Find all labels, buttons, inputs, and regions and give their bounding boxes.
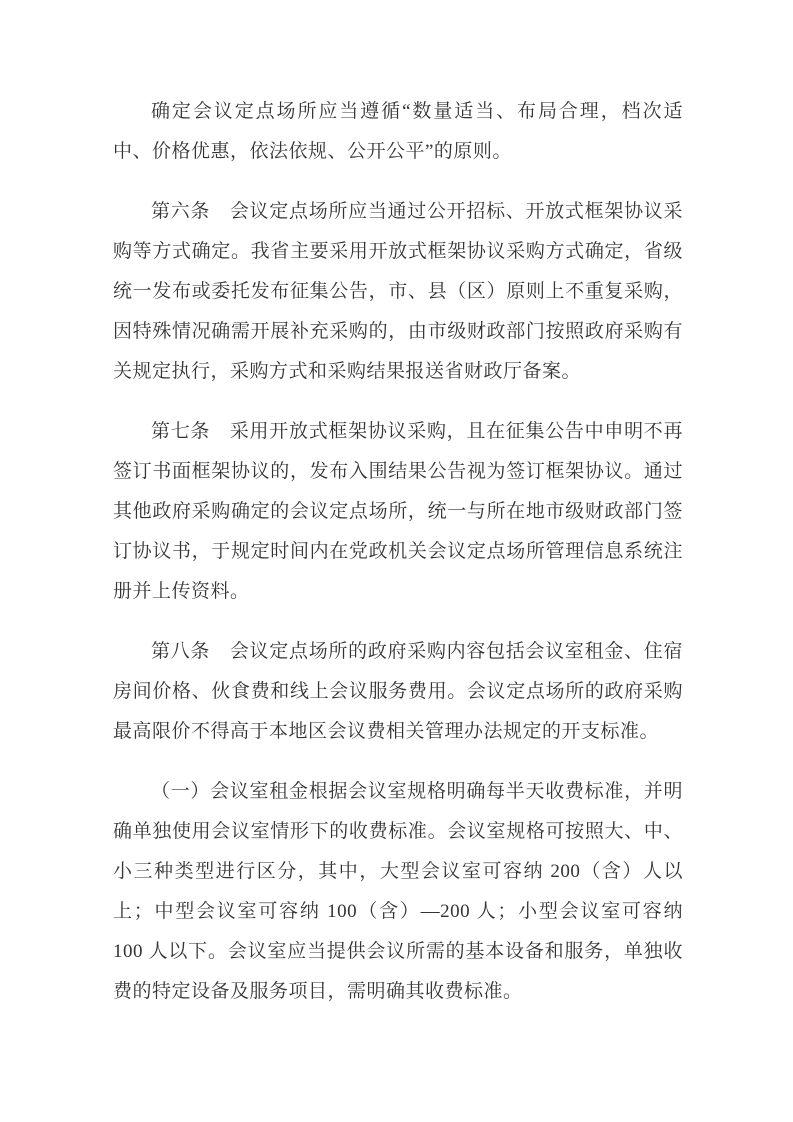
paragraph-article-8: 第八条 会议定点场所的政府采购内容包括会议室租金、住宿房间价格、伙食费和线上会议… (113, 632, 683, 752)
paragraph-article-7: 第七条 采用开放式框架协议采购，且在征集公告中申明不再签订书面框架协议的，发布入… (113, 412, 683, 612)
paragraph-item-1: （一）会议室租金根据会议室规格明确每半天收费标准，并明确单独使用会议室情形下的收… (113, 772, 683, 1012)
paragraph-article-6: 第六条 会议定点场所应当通过公开招标、开放式框架协议采购等方式确定。我省主要采用… (113, 192, 683, 392)
document-page: 确定会议定点场所应当遵循“数量适当、布局合理，档次适中、价格优惠，依法依规、公开… (0, 0, 793, 1122)
paragraph-principles: 确定会议定点场所应当遵循“数量适当、布局合理，档次适中、价格优惠，依法依规、公开… (113, 92, 683, 172)
